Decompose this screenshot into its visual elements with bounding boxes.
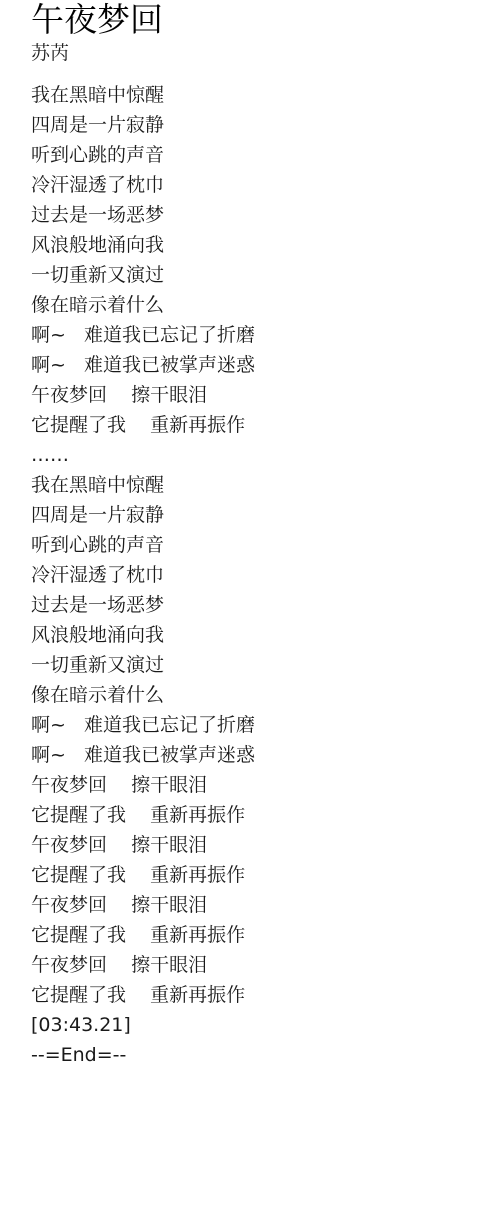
lyrics-body: 我在黑暗中惊醒 四周是一片寂静 听到心跳的声音 冷汗湿透了枕巾 过去是一场恶梦 … (31, 80, 255, 1070)
lyric-line: 听到心跳的声音 (31, 140, 255, 170)
lyric-line: 四周是一片寂静 (31, 110, 255, 140)
lyric-line: 午夜梦回 擦干眼泪 (31, 890, 255, 920)
lyric-line: 我在黑暗中惊醒 (31, 80, 255, 110)
lyric-line: 过去是一场恶梦 (31, 590, 255, 620)
lyric-line: 一切重新又演过 (31, 260, 255, 290)
lyric-line: 它提醒了我 重新再振作 (31, 860, 255, 890)
lyric-line: 我在黑暗中惊醒 (31, 470, 255, 500)
lyric-line: 风浪般地涌向我 (31, 230, 255, 260)
lyric-line: 午夜梦回 擦干眼泪 (31, 830, 255, 860)
lyric-line: 它提醒了我 重新再振作 (31, 980, 255, 1010)
timestamp: [03:43.21] (31, 1010, 255, 1040)
lyric-line: 它提醒了我 重新再振作 (31, 920, 255, 950)
lyric-line: 冷汗湿透了枕巾 (31, 560, 255, 590)
lyric-line: 像在暗示着什么 (31, 680, 255, 710)
lyric-line: 啊~ 难道我已忘记了折磨 (31, 710, 255, 740)
song-title: 午夜梦回 (31, 0, 255, 40)
lyric-line: 午夜梦回 擦干眼泪 (31, 770, 255, 800)
lyric-line: 风浪般地涌向我 (31, 620, 255, 650)
end-marker: --=End=-- (31, 1040, 255, 1070)
lyric-line: 冷汗湿透了枕巾 (31, 170, 255, 200)
lyrics-page: 午夜梦回 苏芮 我在黑暗中惊醒 四周是一片寂静 听到心跳的声音 冷汗湿透了枕巾 … (31, 0, 255, 1070)
lyric-line: 听到心跳的声音 (31, 530, 255, 560)
lyric-line: 像在暗示着什么 (31, 290, 255, 320)
lyric-line: 它提醒了我 重新再振作 (31, 800, 255, 830)
lyric-line: 啊~ 难道我已忘记了折磨 (31, 320, 255, 350)
lyric-line: 啊~ 难道我已被掌声迷惑 (31, 350, 255, 380)
lyric-ellipsis: …… (31, 440, 255, 470)
lyric-line: 午夜梦回 擦干眼泪 (31, 380, 255, 410)
artist-name: 苏芮 (31, 40, 255, 66)
lyric-line: 过去是一场恶梦 (31, 200, 255, 230)
lyric-line: 它提醒了我 重新再振作 (31, 410, 255, 440)
lyric-line: 一切重新又演过 (31, 650, 255, 680)
lyric-line: 四周是一片寂静 (31, 500, 255, 530)
lyric-line: 啊~ 难道我已被掌声迷惑 (31, 740, 255, 770)
lyric-line: 午夜梦回 擦干眼泪 (31, 950, 255, 980)
